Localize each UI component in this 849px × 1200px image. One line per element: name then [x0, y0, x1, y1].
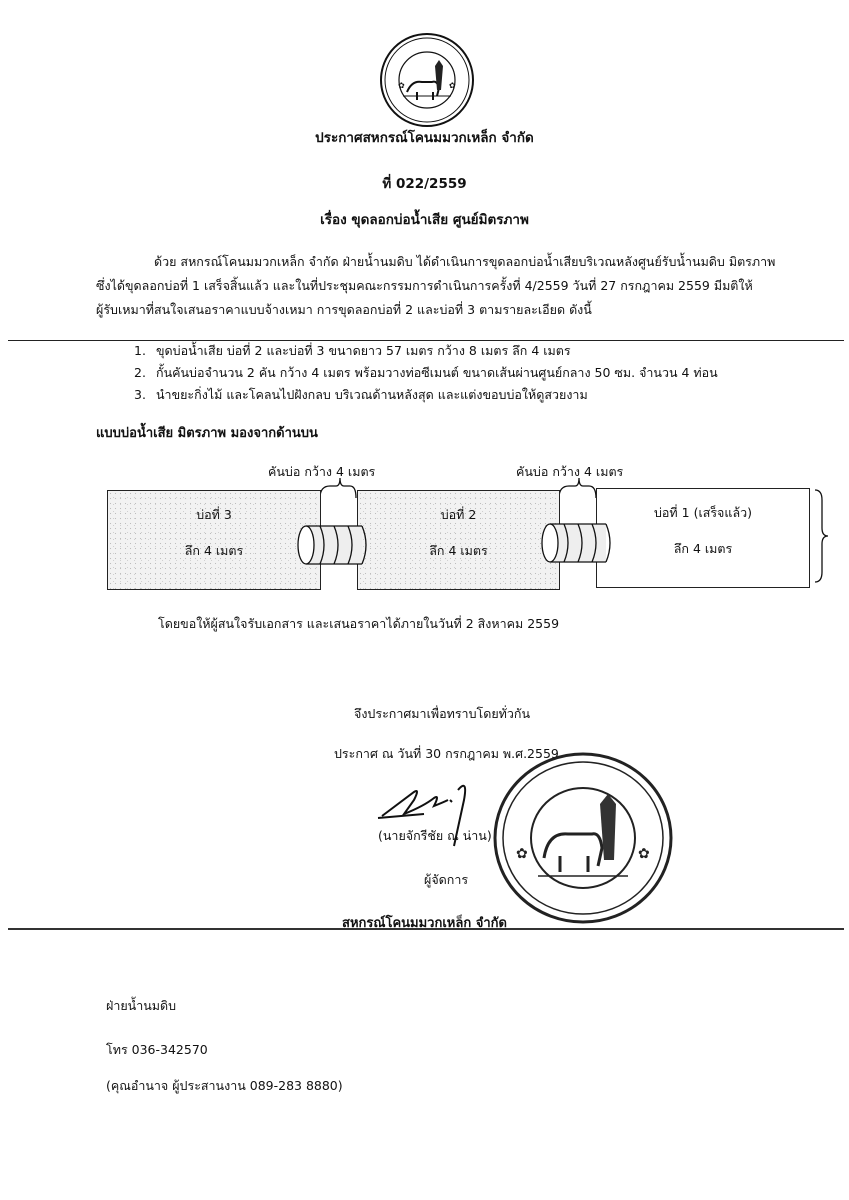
cement-pipe-icon	[296, 522, 376, 568]
list-item: 3.นำขยะกิ่งไม้ และโคลนไปฝังกลบ บริเวณด้า…	[134, 384, 718, 406]
scan-line-divider	[8, 928, 844, 930]
paragraph-line: ด้วย สหกรณ์โคนมมวกเหล็ก จำกัด ฝ่ายน้ำนมด…	[96, 250, 776, 274]
cooperative-seal-icon: ✿ ✿	[377, 30, 477, 130]
diagram-title: แบบบ่อน้ำเสีย มิตรภาพ มองจากด้านบน	[96, 422, 318, 443]
svg-text:✿: ✿	[516, 846, 528, 862]
official-stamp-icon: ✿ ✿	[488, 748, 678, 928]
paragraph-line: ผู้รับเหมาที่สนใจเสนอราคาแบบจ้างเหมา การ…	[96, 298, 776, 322]
pond-3: บ่อที่ 3 ลึก 4 เมตร	[107, 490, 321, 590]
footer-phone: โทร 036-342570	[106, 1040, 208, 1060]
announcement-closing: จึงประกาศมาเพื่อทราบโดยทั่วกัน	[354, 704, 530, 724]
list-item: 2.กั้นคันบ่อจำนวน 2 คัน กว้าง 4 เมตร พร้…	[134, 362, 718, 384]
footer-coordinator: (คุณอำนาจ ผู้ประสานงาน 089-283 8880)	[106, 1076, 343, 1096]
footer-department: ฝ่ายน้ำนมดิบ	[106, 996, 176, 1016]
work-items-list: 1.ขุดบ่อน้ำเสีย บ่อที่ 2 และบ่อที่ 3 ขนา…	[134, 340, 718, 406]
list-item: 1.ขุดบ่อน้ำเสีย บ่อที่ 2 และบ่อที่ 3 ขนา…	[134, 340, 718, 362]
signatory-position: ผู้จัดการ	[424, 870, 468, 890]
paragraph-line: ซึ่งได้ขุดลอกบ่อที่ 1 เสร็จสิ้นแล้ว และใ…	[96, 274, 776, 298]
announcement-title: ประกาศสหกรณ์โคนมมวกเหล็ก จำกัด	[0, 126, 849, 148]
announcement-number: ที่ 022/2559	[0, 172, 849, 194]
cement-pipe-icon	[540, 520, 620, 566]
announcement-subject: เรื่อง ขุดลอกบ่อน้ำเสีย ศูนย์มิตรภาพ	[0, 208, 849, 230]
pond-2: บ่อที่ 2 ลึก 4 เมตร	[357, 490, 560, 590]
pond-1: บ่อที่ 1 (เสร็จแล้ว) ลึก 4 เมตร	[596, 488, 810, 588]
submission-deadline: โดยขอให้ผู้สนใจรับเอกสาร และเสนอราคาได้ภ…	[158, 614, 559, 634]
signatory-name: (นายจักรีชัย ณ น่าน)	[378, 826, 492, 846]
svg-text:✿: ✿	[638, 846, 650, 862]
svg-text:✿: ✿	[398, 81, 405, 90]
svg-text:✿: ✿	[449, 81, 456, 90]
body-paragraph: ด้วย สหกรณ์โคนมมวกเหล็ก จำกัด ฝ่ายน้ำนมด…	[96, 250, 776, 322]
